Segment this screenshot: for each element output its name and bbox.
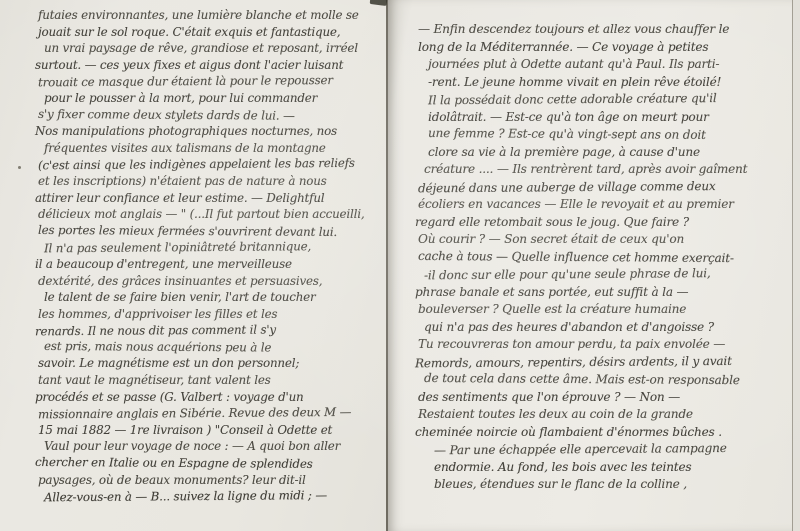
handwriting-line: de tout cela dans cette âme. Mais est-on… — [424, 370, 747, 390]
paper-speck — [18, 166, 21, 169]
handwriting-line: un vrai paysage de rêve, grandiose et re… — [44, 40, 364, 57]
handwriting-line: tant vaut le magnétiseur, tant valent le… — [38, 372, 364, 389]
handwriting-line: Il n'a pas seulement l'opiniâtreté brita… — [44, 238, 365, 257]
handwriting-line: Nos manipulations photographiques noctur… — [35, 123, 364, 140]
handwriting-line: créature .... — Ils rentrèrent tard, apr… — [424, 161, 747, 179]
handwriting-line: Où courir ? — Son secret était de ceux q… — [418, 231, 747, 249]
handwriting-line: attirer leur confiance et leur estime. —… — [35, 190, 364, 207]
handwriting-line: (c'est ainsi que les indigènes appelaien… — [38, 155, 365, 174]
handwriting-line: qui n'a pas des heures d'abandon et d'an… — [424, 319, 747, 337]
handwriting-line: délicieux mot anglais — " (...Il fut par… — [38, 206, 364, 223]
handwriting-line: clore sa vie à la première page, à cause… — [428, 144, 747, 162]
handwriting-line: jouait sur le sol roque. C'était exquis … — [38, 24, 364, 41]
handwriting-line: paysages, où de beaux monuments? leur di… — [38, 472, 364, 489]
handwriting-line: Vaul pour leur voyage de noce : — A quoi… — [44, 438, 364, 455]
handwriting-line: est pris, mais nous acquérions peu à le — [44, 338, 365, 357]
handwriting-line: bleues, étendues sur le flanc de la coll… — [434, 476, 747, 494]
handwriting-line: 15 mai 1882 — 1re livraison ) "Conseil à… — [38, 422, 364, 439]
manuscript-page-right: — Enfin descendez toujours et allez vous… — [388, 0, 800, 531]
handwriting-line: — Par une échappée elle apercevait la ca… — [434, 440, 747, 460]
handwriting-line: écoliers en vacances — Elle le revoyait … — [418, 196, 747, 214]
manuscript-scan: futaies environnantes, une lumière blanc… — [0, 0, 800, 531]
handwriting-line: une femme ? Est-ce qu'à vingt-sept ans o… — [428, 125, 747, 145]
handwriting-line: et les inscriptions) n'étaient pas de na… — [38, 173, 364, 190]
handwriting-line: procédés et se passe (G. Valbert : voyag… — [35, 389, 364, 406]
handwriting-line: déjeuné dans une auberge de village comm… — [418, 177, 747, 197]
handwriting-line: phrase banale et sans portée, eut suffit… — [415, 284, 747, 302]
handwriting-line: bouleverser ? Quelle est la créature hum… — [418, 301, 747, 319]
handwriting-line: il a beaucoup d'entregent, une merveille… — [35, 256, 364, 273]
handwriting-line: futaies environnantes, une lumière blanc… — [38, 7, 364, 24]
handwriting-line: Tu recouvreras ton amour perdu, ta paix … — [418, 336, 747, 354]
manuscript-page-left: futaies environnantes, une lumière blanc… — [0, 0, 388, 531]
handwriting-line: missionnaire anglais en Sibérie. Revue d… — [38, 404, 365, 423]
handwriting-line: cheminée noircie où flambaient d'énormes… — [415, 424, 747, 442]
handwriting-line: long de la Méditerrannée. — Ce voyage à … — [418, 39, 747, 57]
handwriting-line: les hommes, d'apprivoiser les filles et … — [38, 306, 364, 323]
handwriting-line: idolâtrait. — Est-ce qu'à ton âge on meu… — [428, 109, 747, 127]
handwriting-line: chercher en Italie ou en Espagne de sple… — [35, 454, 365, 473]
handwriting-line: Restaient toutes les deux au coin de la … — [418, 406, 747, 424]
handwriting-line: le talent de se faire bien venir, l'art … — [44, 289, 364, 306]
handwriting-line: pour le pousser à la mort, pour lui comm… — [44, 90, 364, 107]
handwriting-line: regard elle retombait sous le joug. Que … — [415, 214, 747, 232]
right-page-edge-strip — [793, 0, 800, 531]
handwriting-line: fréquentes visites aux talismans de la m… — [44, 140, 364, 157]
handwriting-line: endormie. Au fond, les bois avec les tei… — [434, 459, 747, 477]
handwriting-line: journées plut à Odette autant qu'à Paul.… — [428, 56, 747, 74]
handwriting-line: — Enfin descendez toujours et allez vous… — [418, 21, 747, 39]
handwriting-line: Allez-vous-en à — B... suivez la ligne d… — [44, 487, 365, 506]
handwriting-line: surtout. — ces yeux fixes et aigus dont … — [35, 57, 364, 74]
handwriting-line: trouait ce masque dur étaient là pour le… — [38, 72, 365, 91]
handwriting-line: dextérité, des grâces insinuantes et per… — [38, 273, 364, 290]
handwriting-line: -il donc sur elle pour qu'une seule phra… — [424, 265, 747, 285]
handwriting-line: savoir. Le magnétisme est un don personn… — [38, 355, 364, 372]
handwriting-line: s'y fixer comme deux stylets dards de lu… — [38, 105, 365, 124]
handwriting-line: Il la possédait donc cette adorable créa… — [428, 90, 747, 110]
handwriting-line: -rent. Le jeune homme vivait en plein rê… — [428, 74, 747, 92]
right-page-text: — Enfin descendez toujours et allez vous… — [418, 21, 747, 494]
handwriting-line: des sentiments que l'on éprouve ? — Non … — [418, 389, 747, 407]
left-page-text: futaies environnantes, une lumière blanc… — [38, 7, 364, 505]
